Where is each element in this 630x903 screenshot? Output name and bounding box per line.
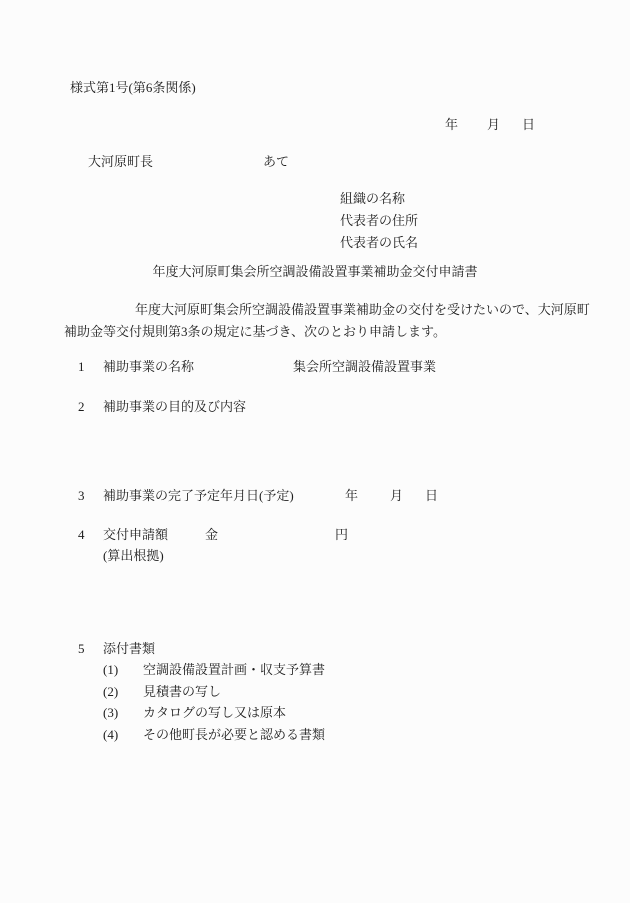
- date-month-label: 月: [487, 117, 500, 133]
- attachment-item-text: その他町長が必要と認める書類: [143, 727, 325, 743]
- item-4-number: 4: [78, 527, 85, 543]
- item-3-day-label: 日: [425, 488, 438, 504]
- item-4-label: 交付申請額: [103, 527, 168, 543]
- item-3-year-label: 年: [345, 488, 358, 504]
- date-year-label: 年: [445, 117, 458, 133]
- addressee-suffix: あて: [263, 154, 289, 170]
- item-5-number: 5: [78, 641, 85, 657]
- document-title: 年度大河原町集会所空調設備設置事業補助金交付申請書: [0, 264, 630, 280]
- item-2-number: 2: [78, 399, 85, 415]
- item-3-month-label: 月: [390, 488, 403, 504]
- item-4-amount-suffix: 円: [335, 527, 348, 543]
- form-number: 様式第1号(第6条関係): [70, 80, 196, 96]
- org-name-label: 組織の名称: [340, 191, 405, 207]
- attachment-item-number: (2): [103, 684, 118, 700]
- item-4-calculation-note: (算出根拠): [103, 548, 164, 564]
- item-4-amount-prefix: 金: [205, 527, 218, 543]
- rep-address-label: 代表者の住所: [340, 213, 418, 229]
- item-5-label: 添付書類: [103, 641, 155, 657]
- item-2-label: 補助事業の目的及び内容: [103, 399, 246, 415]
- attachment-item-text: カタログの写し又は原本: [143, 705, 286, 721]
- application-form-page: 様式第1号(第6条関係) 年 月 日 大河原町長 あて 組織の名称 代表者の住所…: [0, 0, 630, 903]
- attachment-item-text: 空調設備設置計画・収支予算書: [143, 662, 325, 678]
- date-day-label: 日: [522, 117, 535, 133]
- rep-name-label: 代表者の氏名: [340, 235, 418, 251]
- body-line-2: 補助金等交付規則第3条の規定に基づき、次のとおり申請します。: [64, 324, 446, 340]
- item-3-label: 補助事業の完了予定年月日(予定): [103, 488, 294, 504]
- item-1-value: 集会所空調設備設置事業: [293, 359, 436, 375]
- attachment-item-number: (4): [103, 727, 118, 743]
- attachment-item-number: (3): [103, 705, 118, 721]
- item-3-number: 3: [78, 488, 85, 504]
- item-1-label: 補助事業の名称: [103, 359, 194, 375]
- attachment-item-text: 見積書の写し: [143, 684, 221, 700]
- attachment-item-number: (1): [103, 662, 118, 678]
- item-1-number: 1: [78, 359, 85, 375]
- body-line-1: 年度大河原町集会所空調設備設置事業補助金の交付を受けたいので、大河原町: [135, 302, 590, 318]
- addressee-title: 大河原町長: [88, 154, 153, 170]
